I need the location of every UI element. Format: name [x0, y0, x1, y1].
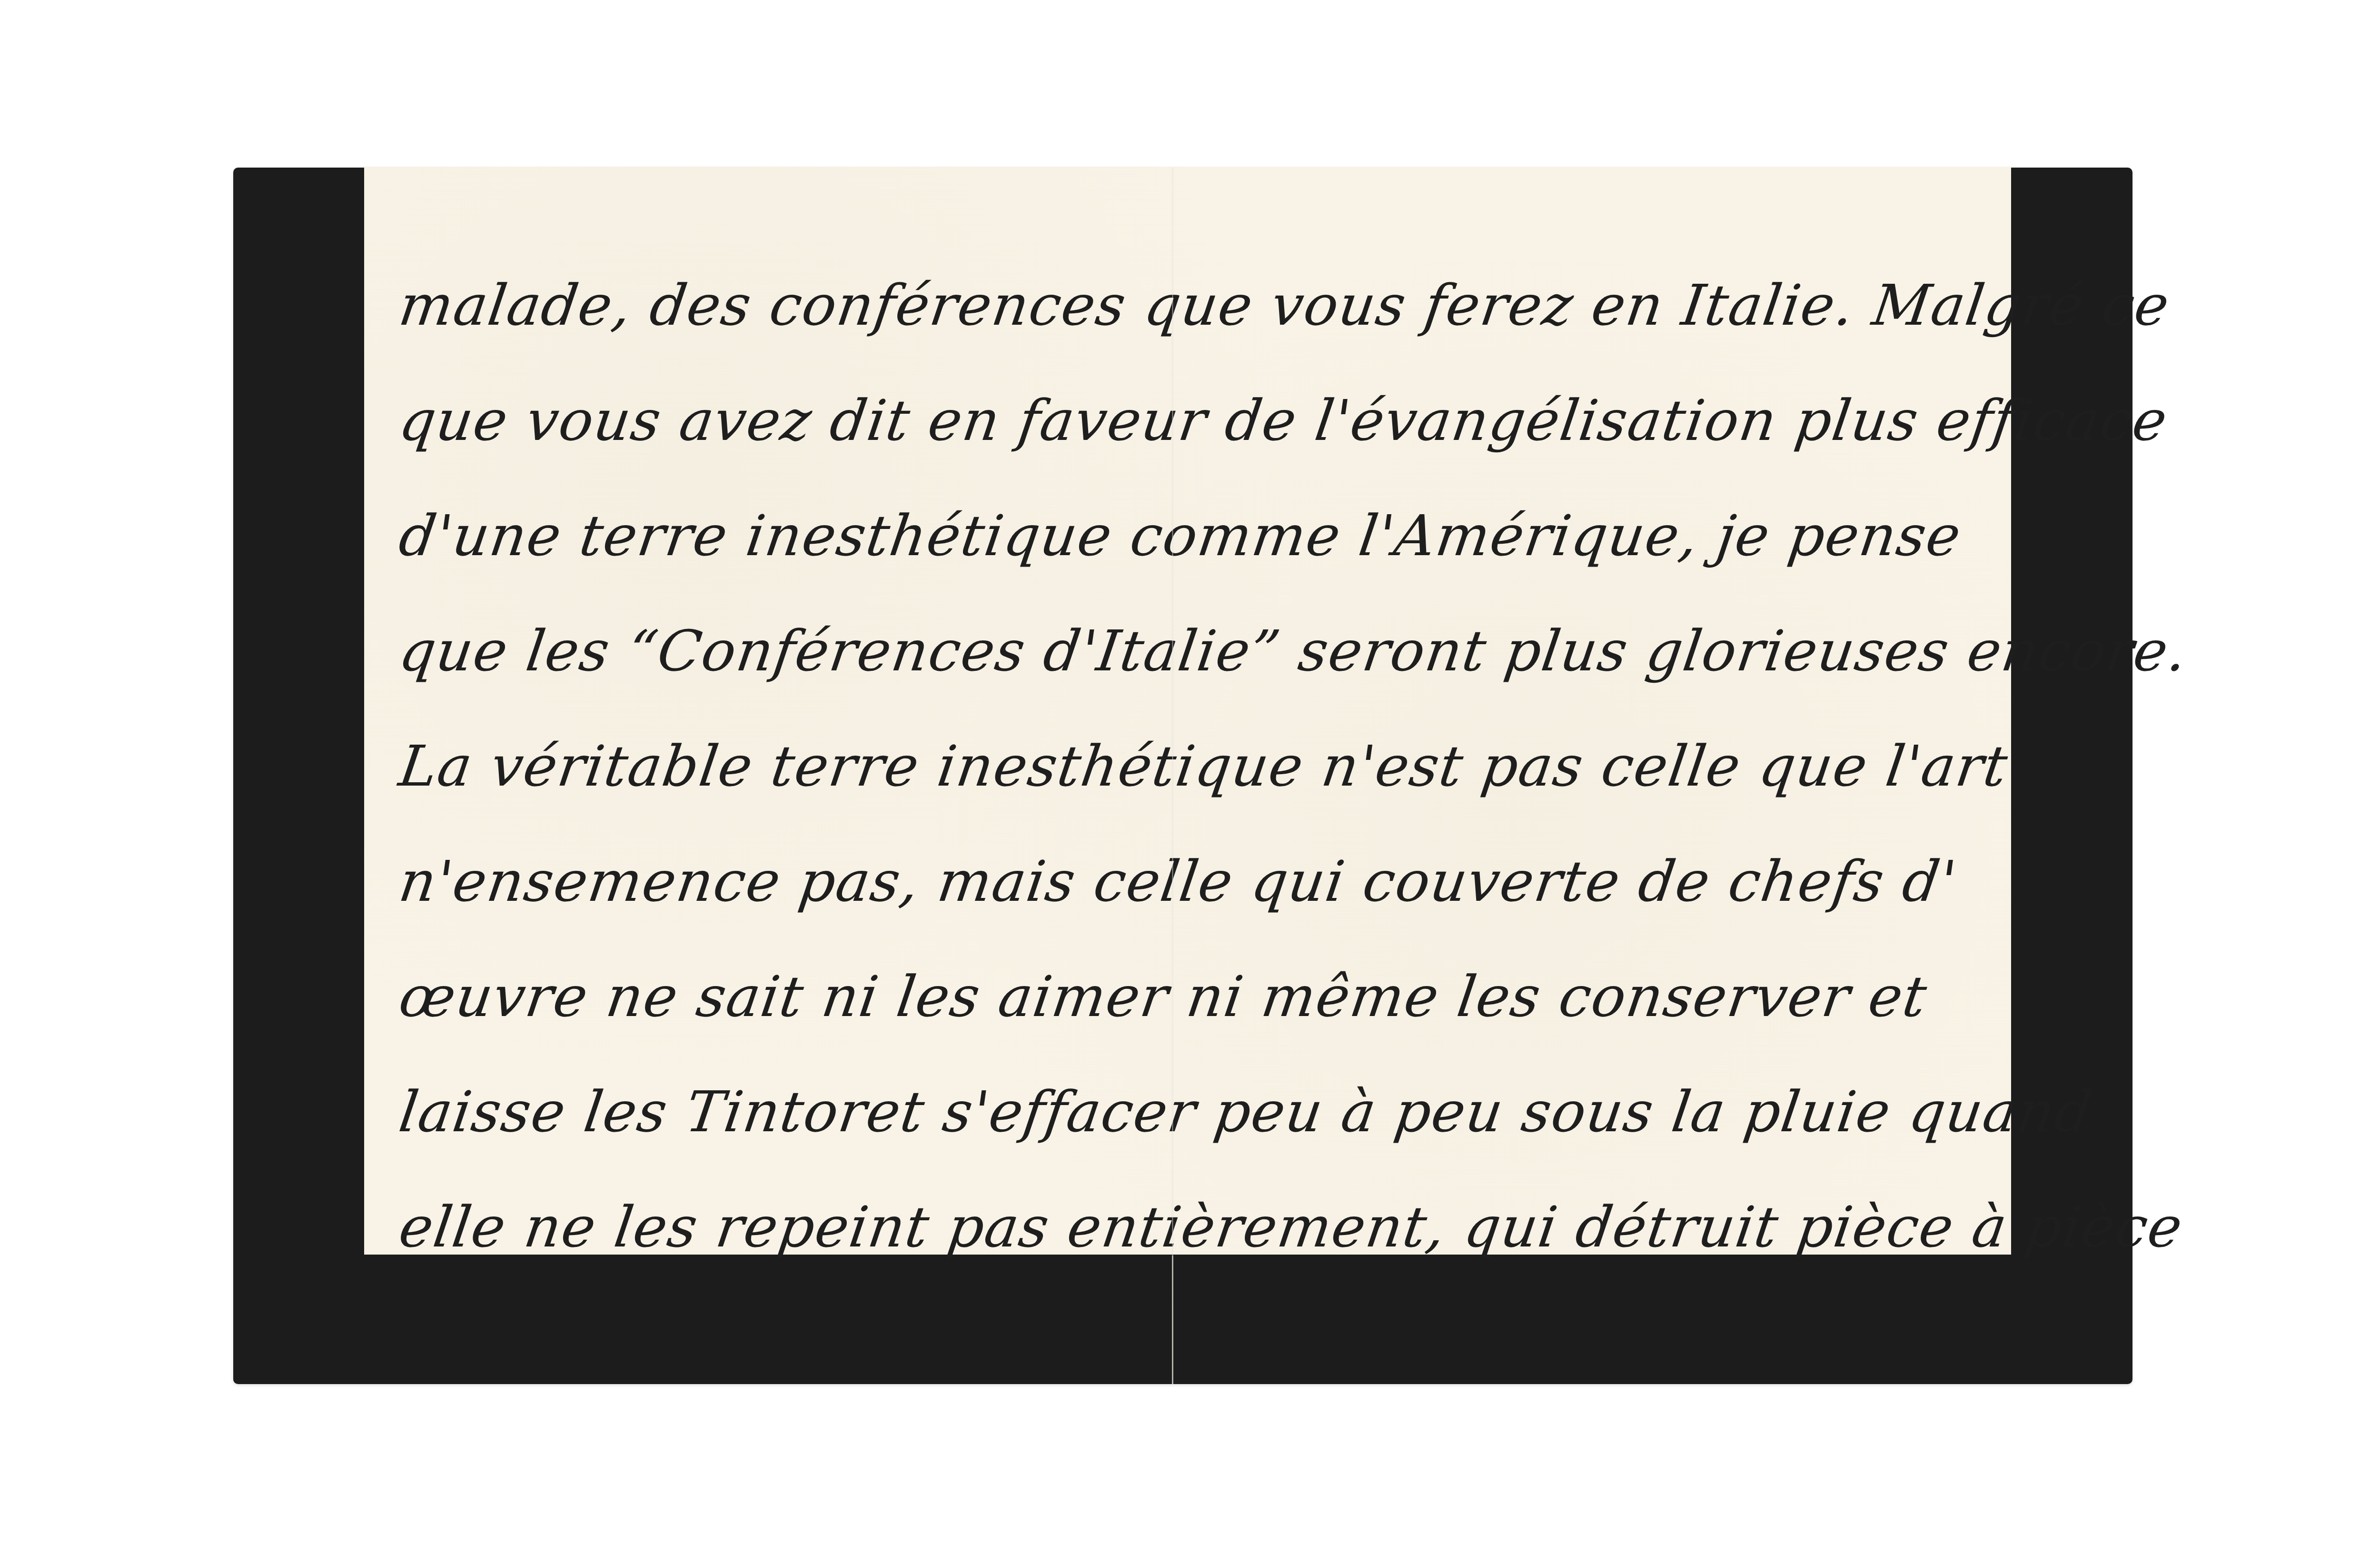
text-line-7: œuvre ne sait ni les aimer ni même les c…: [392, 939, 1998, 1054]
text-line-1: malade, des conférences que vous ferez e…: [392, 248, 1998, 363]
text-line-2: que vous avez dit en faveur de l'évangél…: [392, 363, 1998, 478]
text-line-6: n'ensemence pas, mais celle qui couverte…: [392, 824, 1998, 939]
center-fold-crease-border: [1172, 1256, 1173, 1384]
letter-paper: malade, des conférences que vous ferez e…: [364, 167, 2011, 1255]
text-line-5: La véritable terre inesthétique n'est pa…: [392, 708, 1998, 824]
text-line-4: que les “Conférences d'Italie” seront pl…: [392, 593, 1998, 708]
handwritten-text: malade, des conférences que vous ferez e…: [400, 248, 1990, 1285]
text-line-3: d'une terre inesthétique comme l'Amériqu…: [392, 478, 1998, 593]
center-fold-crease: [1172, 168, 1173, 1384]
text-line-9: elle ne les repeint pas entièrement, qui…: [392, 1169, 1998, 1285]
letter-card: malade, des conférences que vous ferez e…: [233, 168, 2132, 1384]
text-line-8: laisse les Tintoret s'effacer peu à peu …: [392, 1054, 1998, 1169]
